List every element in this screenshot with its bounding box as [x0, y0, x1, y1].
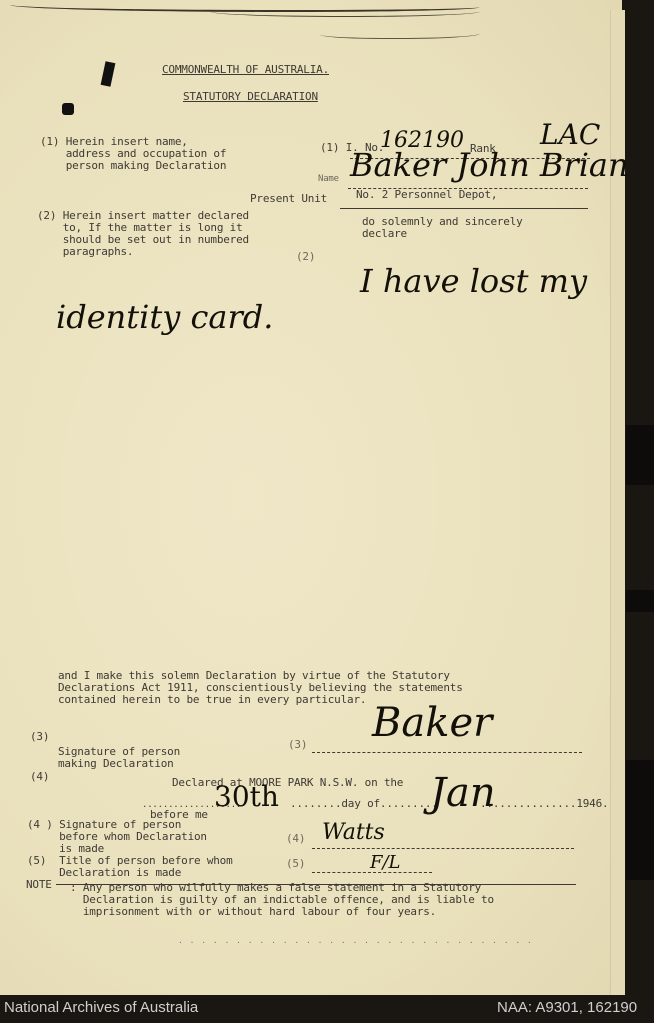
- marker-3-left: (3): [30, 731, 49, 743]
- marker-5-right: (5): [286, 858, 305, 870]
- title-value: F/L: [370, 852, 401, 873]
- instruction-2: (2) Herein insert matter declared to, If…: [37, 210, 249, 258]
- torn-top-edge: [320, 28, 480, 39]
- dotted-rule: . . . . . . . . . . . . . . . . . . . . …: [178, 936, 533, 945]
- declaration-line-2: identity card.: [56, 298, 273, 336]
- unit-value: No. 2 Personnel Depot,: [356, 189, 497, 201]
- document-page: COMMONWEALTH OF AUSTRALIA. STATUTORY DEC…: [0, 0, 622, 995]
- signature-label: Signature of person making Declaration: [58, 746, 180, 770]
- witness-label: (4 ) Signature of person before whom Dec…: [27, 819, 207, 855]
- declaration-line-1: I have lost my: [360, 262, 587, 300]
- punch-hole-mark: [62, 103, 74, 115]
- archive-reference: NAA: A9301, 162190: [497, 999, 637, 1016]
- name-value: Baker John Brian: [350, 146, 629, 184]
- declare-text: do solemnly and sincerely declare: [362, 216, 523, 240]
- torn-top-edge: [210, 6, 480, 17]
- marker-2: (2): [296, 251, 315, 263]
- name-label: Name: [318, 173, 339, 185]
- note-text: : Any person who wilfully makes a false …: [70, 882, 494, 918]
- instruction-1: (1) Herein insert name, address and occu…: [40, 136, 226, 172]
- signature-line: [312, 752, 582, 753]
- field-line: [340, 208, 588, 209]
- day-of: ........day of.........: [290, 798, 438, 810]
- declared-at: Declared at MOORE PARK N.S.W. on the: [172, 777, 403, 789]
- marker-4-left: (4): [30, 771, 49, 783]
- year: ...............1946.: [480, 798, 608, 810]
- signature-line: [312, 848, 574, 849]
- note-label: NOTE: [26, 879, 52, 891]
- witness-signature: Watts: [322, 820, 385, 845]
- torn-right-edge: [626, 590, 654, 612]
- header-subtitle: STATUTORY DECLARATION: [183, 91, 318, 103]
- declarant-signature: Baker: [372, 700, 492, 746]
- title-label: (5) Title of person before whom Declarat…: [27, 855, 233, 879]
- archive-credit: National Archives of Australia: [4, 999, 198, 1016]
- punch-hole-mark: [101, 61, 116, 87]
- header-title: COMMONWEALTH OF AUSTRALIA.: [162, 64, 329, 76]
- marker-3-right: (3): [288, 739, 307, 751]
- torn-right-edge: [626, 760, 654, 880]
- torn-right-edge: [626, 425, 654, 485]
- title-line: [312, 872, 432, 873]
- unit-label: Present Unit: [250, 193, 327, 205]
- day-value: 30th: [214, 780, 279, 813]
- marker-4-right: (4): [286, 833, 305, 845]
